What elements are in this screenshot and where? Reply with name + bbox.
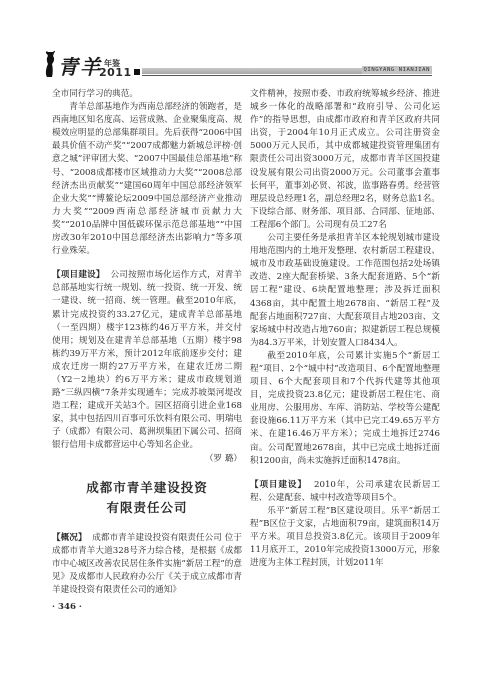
logo-year: 2011 (99, 66, 132, 79)
logo-char-1: 青 (58, 56, 78, 78)
header-right-text: QINGYANG NIANJIAN (362, 66, 433, 74)
paragraph: 文件精神，按照市委、市政府统筹城乡经济、推进城乡一体化的战略部署和“政府引导、公… (250, 88, 440, 232)
page-header: 青 羊 年鉴 2011 QINGYANG NIANJIAN (44, 48, 432, 80)
paragraph: 截至2010年底，公司累计实施5个“新居工程”项目、2个“城中村”改造项目、6个… (250, 350, 440, 468)
right-column: 文件精神，按照市委、市政府统筹城乡经济、推进城乡一体化的战略部署和“政府引导、公… (250, 88, 440, 570)
company-title-line2: 有限责任公司 (52, 498, 242, 518)
left-column: 全市同行学习的典范。 青羊总部基地作为西南总部经济的领跑者，是西南地区知名度高、… (52, 88, 242, 614)
goat-figure-icon (44, 50, 58, 78)
paragraph: 全市同行学习的典范。 (52, 88, 242, 101)
paragraph: 公司主要任务是承担青羊区本轮规划城市建设用地范围内的土地开发整理、农村新居工程建… (250, 232, 440, 350)
logo-char-2: 羊 (80, 56, 100, 78)
paragraph: 乐平“新居工程”B区建设项目。乐平“新居工程”B区位于文家，占地面积79亩，建筑… (250, 505, 440, 570)
section-text: 公司按照市场化运作方式，对青羊总部基地实行统一规划、统一投资、统一开发、统一建设… (52, 270, 242, 450)
header-square-marker (134, 69, 140, 75)
author-credit: （罗 璐） (205, 453, 242, 466)
header-rule (142, 75, 432, 76)
section-tag: 【项目建设】 (250, 480, 307, 490)
company-title: 成都市青羊建设投资 有限责任公司 (52, 478, 242, 518)
page-number: · 346 · (52, 601, 242, 614)
paragraph: 青羊总部基地作为西南总部经济的领跑者，是西南地区知名度高、运营成熟、企业聚集度高… (52, 101, 242, 258)
section-tag: 【概况】 (52, 533, 87, 543)
company-title-line1: 成都市青羊建设投资 (52, 478, 242, 498)
section-project-construction: 【项目建设】 2010年，公司承建农民新居工程、公建配套、城中村改造等项目5个。 (250, 479, 440, 505)
section-project-construction: 【项目建设】 公司按照市场化运作方式，对青羊总部基地实行统一规划、统一投资、统一… (52, 269, 242, 452)
yearbook-logo: 青 羊 年鉴 2011 (44, 48, 132, 80)
section-tag: 【项目建设】 (52, 270, 105, 280)
section-overview: 【概况】 成都市青羊建设投资有限责任公司 位于成都市青羊大道328号齐力综合楼，… (52, 532, 242, 597)
